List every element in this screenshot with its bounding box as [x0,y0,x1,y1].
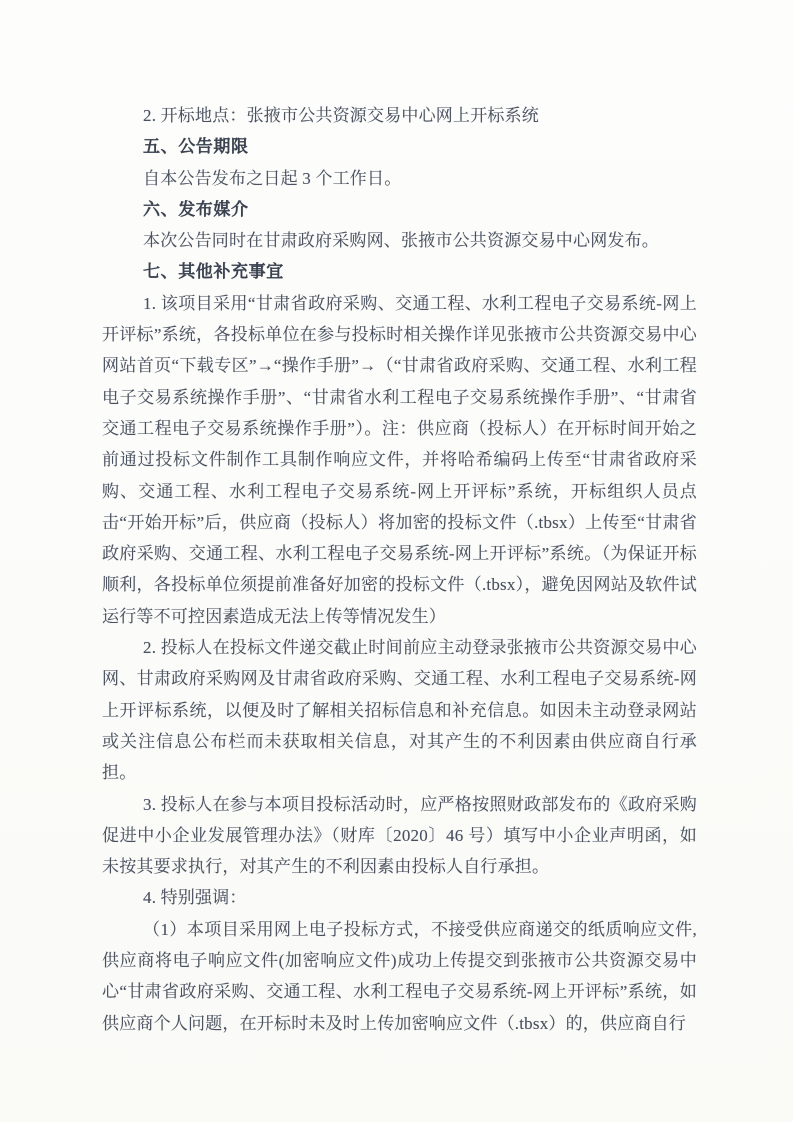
paragraph: 3. 投标人在参与本项目投标活动时，应严格按照财政部发布的《政府采购促进中小企业… [102,789,697,883]
section-heading: 七、其他补充事宜 [102,256,697,287]
paragraph: 自本公告发布之日起 3 个工作日。 [102,163,697,194]
section-heading: 六、发布媒介 [102,194,697,225]
paragraph: 1. 该项目采用“甘肃省政府采购、交通工程、水利工程电子交易系统-网上开评标”系… [102,288,697,632]
document-content: 2. 开标地点：张掖市公共资源交易中心网上开标系统五、公告期限自本公告发布之日起… [102,100,697,1039]
paragraph: 2. 开标地点：张掖市公共资源交易中心网上开标系统 [102,100,697,131]
section-heading: 五、公告期限 [102,131,697,162]
paragraph: 2. 投标人在投标文件递交截止时间前应主动登录张掖市公共资源交易中心网、甘肃政府… [102,632,697,788]
paragraph: 本次公告同时在甘肃政府采购网、张掖市公共资源交易中心网发布。 [102,225,697,256]
paragraph: 4. 特别强调： [102,882,697,913]
paragraph: （1）本项目采用网上电子投标方式，不接受供应商递交的纸质响应文件,供应商将电子响… [102,914,697,1039]
scanned-document-page: 2. 开标地点：张掖市公共资源交易中心网上开标系统五、公告期限自本公告发布之日起… [0,0,793,1122]
